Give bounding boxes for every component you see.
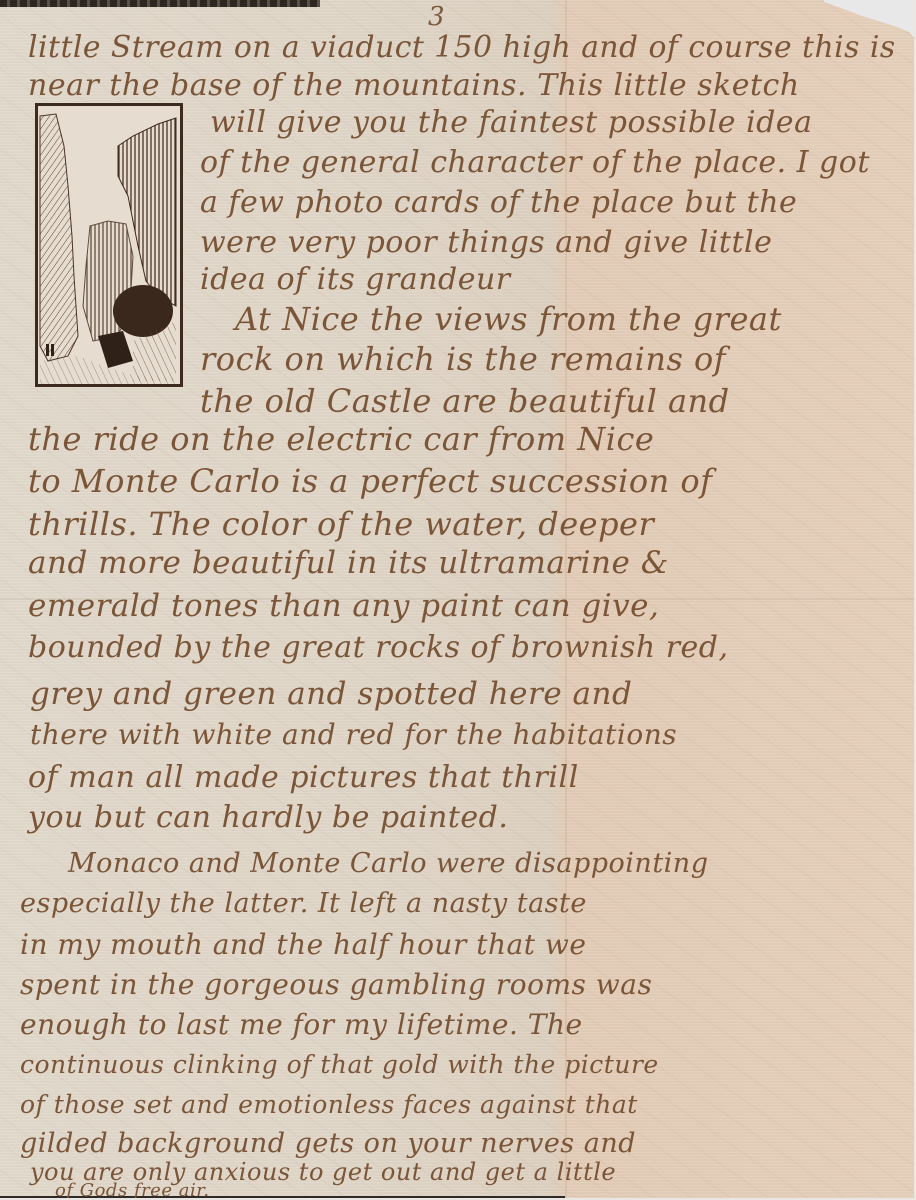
letter-line: little Stream on a viaduct 150 high and … (28, 30, 900, 65)
letter-line: Monaco and Monte Carlo were disappointin… (68, 848, 708, 879)
gorge-sketch-illustration (35, 103, 183, 387)
letter-line: near the base of the mountains. This lit… (28, 68, 800, 103)
letter-line: continuous clinking of that gold with th… (20, 1050, 659, 1079)
letter-line: were very poor things and give little (200, 225, 772, 260)
letter-line: bounded by the great rocks of brownish r… (28, 630, 729, 665)
letter-line: there with white and red for the habitat… (30, 718, 677, 751)
letter-line: in my mouth and the half hour that we (20, 928, 586, 961)
page-number: 3 (428, 2, 445, 32)
letter-line: At Nice the views from the great (235, 300, 782, 338)
letter-line: gilded background gets on your nerves an… (20, 1128, 636, 1159)
letter-line: thrills. The color of the water, deeper (28, 505, 654, 543)
perforated-edge (0, 0, 320, 7)
letter-line: grey and green and spotted here and (30, 676, 632, 712)
gorge-sketch-icon (38, 106, 180, 384)
letter-line: of those set and emotionless faces again… (20, 1090, 638, 1119)
letter-line: of the general character of the place. I… (200, 145, 870, 180)
letter-line: spent in the gorgeous gambling rooms was (20, 968, 652, 1001)
letter-line: of man all made pictures that thrill (28, 760, 579, 795)
letter-line: to Monte Carlo is a perfect succession o… (28, 462, 713, 500)
letter-line: will give you the faintest possible idea (210, 105, 812, 140)
letter-line: you but can hardly be painted. (28, 800, 508, 835)
letter-line: especially the latter. It left a nasty t… (20, 888, 587, 919)
letter-page: 3 (0, 0, 914, 1198)
letter-line: and more beautiful in its ultramarine & (28, 545, 669, 581)
letter-line: emerald tones than any paint can give, (28, 588, 659, 624)
letter-line: a few photo cards of the place but the (200, 185, 797, 220)
letter-line: the old Castle are beautiful and (200, 382, 730, 420)
letter-line: enough to last me for my lifetime. The (20, 1008, 583, 1041)
letter-line: rock on which is the remains of (200, 340, 726, 378)
letter-line: the ride on the electric car from Nice (28, 420, 654, 458)
letter-line: of Gods free air. (55, 1180, 210, 1198)
letter-line: idea of its grandeur (200, 262, 511, 297)
